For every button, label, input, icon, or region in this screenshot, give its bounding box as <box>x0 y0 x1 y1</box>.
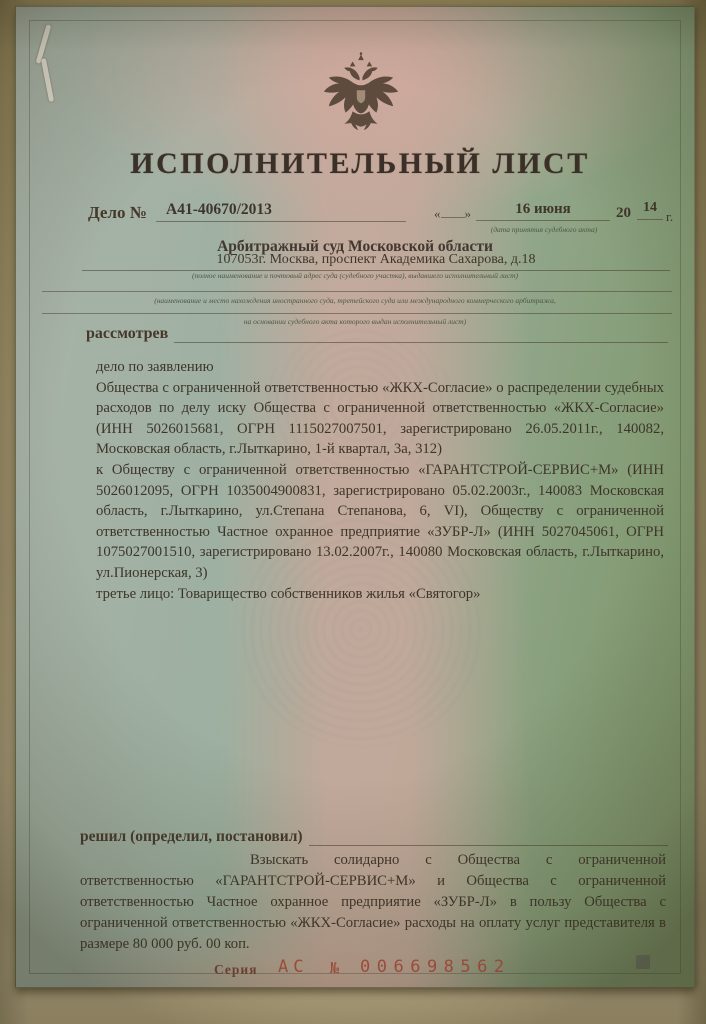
year-value: 14 <box>637 200 663 220</box>
serial-number-sign: № <box>330 959 339 977</box>
foreign-court-blank-line <box>42 283 672 292</box>
considered-row: рассмотрев <box>86 325 668 343</box>
writ-page: ИСПОЛНИТЕЛЬНЫЙ ЛИСТ Дело № А41-40670/201… <box>15 6 695 988</box>
serial-series: АС <box>278 957 308 977</box>
court-address-caption: (полное наименование и почтовый адрес су… <box>16 271 694 280</box>
ruling-blank-line <box>309 828 668 846</box>
court-address: 107053г. Москва, проспект Академика Саха… <box>82 252 670 271</box>
foreign-court-caption: (наименование и место нахождения иностра… <box>16 296 694 305</box>
ruling-label: решил (определил, постановил) <box>80 828 303 846</box>
considered-label: рассмотрев <box>86 325 168 343</box>
basis-blank-line <box>42 305 672 314</box>
claimant-paragraph: Общества с ограниченной ответственностью… <box>96 378 664 460</box>
year-suffix: г. <box>666 209 673 225</box>
close-quote: » <box>465 206 472 221</box>
year-century: 20 <box>616 205 631 222</box>
case-description: дело по заявлению Общества с ограниченно… <box>96 357 664 604</box>
day-blank-line <box>441 217 465 218</box>
serial-label: Серия <box>214 962 258 978</box>
registration-mark <box>636 955 650 969</box>
document-photo: ИСПОЛНИТЕЛЬНЫЙ ЛИСТ Дело № А41-40670/201… <box>0 0 706 1024</box>
date-value: 16 июня <box>476 201 610 221</box>
ruling-text: Взыскать солидарно с Общества с ограниче… <box>80 850 666 955</box>
respondents-paragraph: к Обществу с ограниченной ответственност… <box>96 460 664 584</box>
considered-blank-line <box>174 325 668 343</box>
date-caption: (дата принятия судебного акта) <box>462 225 626 234</box>
serial-number: 006698562 <box>360 957 511 977</box>
document-title: ИСПОЛНИТЕЛЬНЫЙ ЛИСТ <box>16 147 694 181</box>
case-number-label: Дело № <box>88 203 147 223</box>
date-day-blank: «» <box>434 206 471 222</box>
coat-of-arms-eagle-icon <box>319 43 403 143</box>
ruling-row: решил (определил, постановил) <box>80 828 668 846</box>
case-number-value: А41-40670/2013 <box>156 201 406 222</box>
third-party-line: третье лицо: Товарищество собственников … <box>96 584 664 605</box>
case-intro: дело по заявлению <box>96 357 664 378</box>
open-quote: « <box>434 206 441 221</box>
